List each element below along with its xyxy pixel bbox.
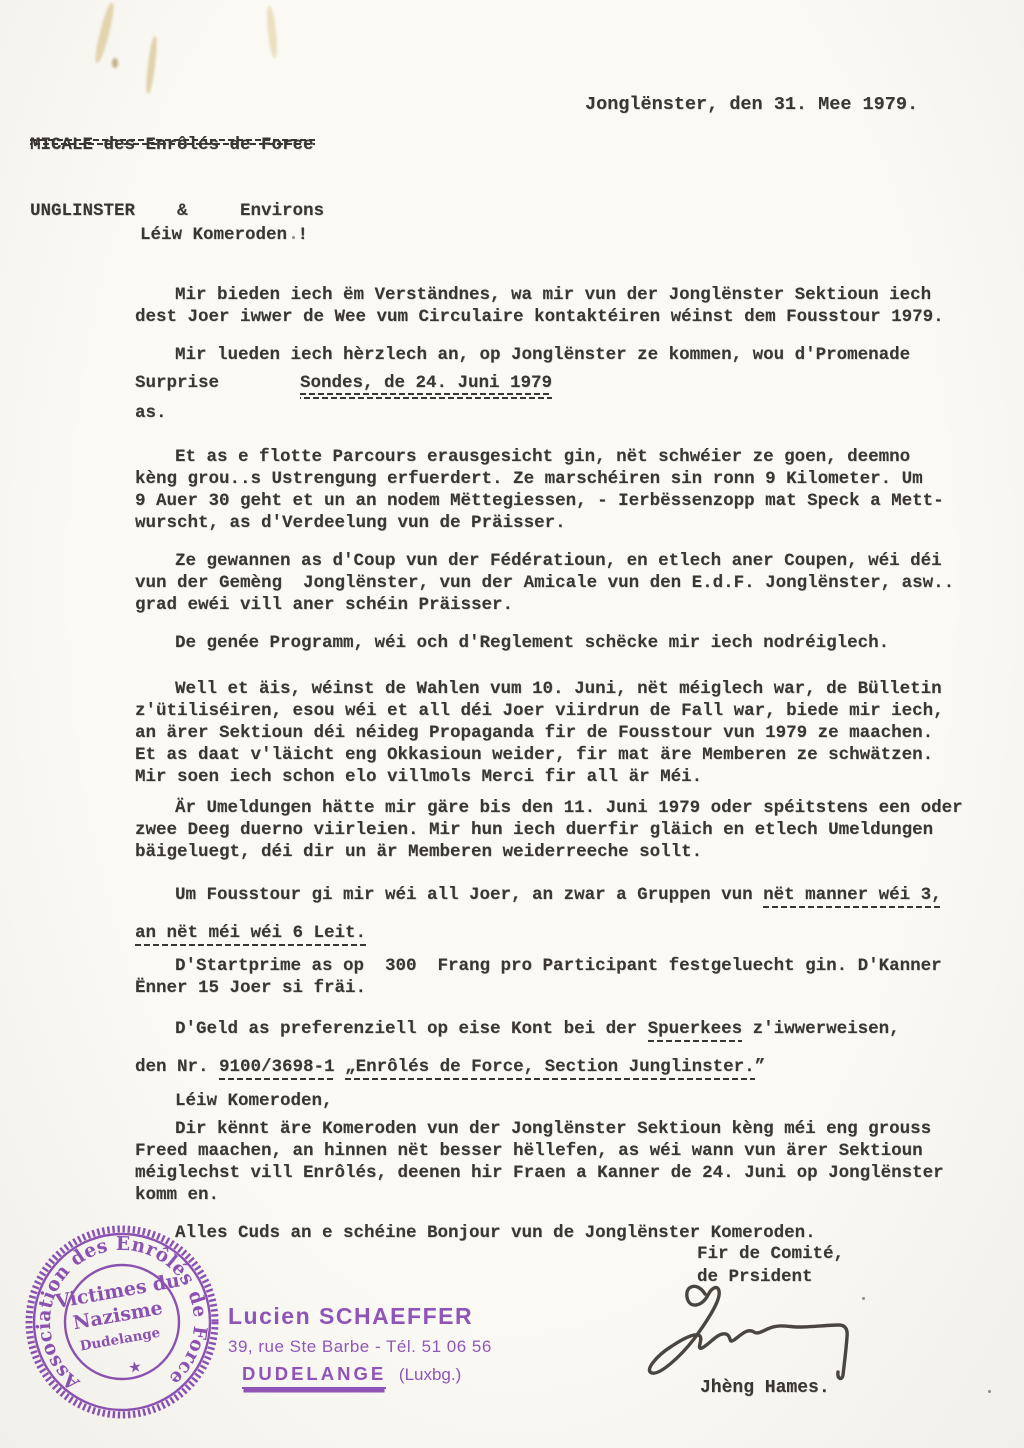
association-seal: Association des Enrôlés de Force Victime… <box>7 1207 237 1437</box>
letter-line: wurscht, as d'Verdeelung vun de Präisser… <box>135 512 995 534</box>
paragraph: Mir bieden iech ëm Verständnes, wa mir v… <box>135 284 995 328</box>
text-segment: Dir kënnt äre Komeroden vun der Jonglëns… <box>175 1119 931 1139</box>
letter-line: 9 Auer 30 geht et un an nodem Mëttegiess… <box>135 490 995 512</box>
paper-speck <box>988 1390 991 1393</box>
text-segment: D'Startprime as op 300 Frang pro Partici… <box>175 956 942 976</box>
text-segment: 9 Auer 30 geht et un an nodem Mëttegiess… <box>135 491 944 511</box>
text-segment: an nët méi wéi 6 Leit. <box>135 923 366 946</box>
letterhead-line2: UNGLINSTER & Environs <box>30 200 324 222</box>
letter-line: dest Joer iwwer de Wee vum Circulaire ko… <box>135 306 995 328</box>
paper-stain <box>265 6 278 59</box>
letter-line: D'Geld as preferenziell op eise Kont bei… <box>135 1018 995 1040</box>
text-segment: Alles Cuds an e schéine Bonjour vun de J… <box>175 1223 816 1243</box>
text-segment: Ënner 15 Joer si fräi. <box>135 978 366 998</box>
letter-line: Ënner 15 Joer si fräi. <box>135 977 995 999</box>
stamp-country: (Luxbg.) <box>399 1365 461 1384</box>
letter-line: De genée Programm, wéi och d'Reglement s… <box>135 632 995 654</box>
letter-line: Et as daat v'läicht eng Okkasioun weider… <box>135 744 995 766</box>
text-segment: „Enrôlés de Force, Section Junglinster. <box>345 1057 755 1080</box>
text-segment: Léiw Komeroden, <box>175 1091 333 1111</box>
text-segment: den Nr. <box>135 1057 219 1077</box>
text-segment: Et as e flotte Parcours erausgesicht gin… <box>175 447 910 467</box>
letter-line: Mir bieden iech ëm Verständnes, wa mir v… <box>135 284 995 306</box>
paper-stain <box>144 36 158 94</box>
paragraph: Well et äis, wéinst de Wahlen vum 10. Ju… <box>135 678 995 788</box>
text-segment: zwee Deeg duerno viirleien. Mir hun iech… <box>135 820 933 840</box>
text-segment: grad ewéi vill aner schéin Präisser. <box>135 595 513 615</box>
text-segment: dest Joer iwwer de Wee vum Circulaire ko… <box>135 307 944 327</box>
paragraph: Dir kënnt äre Komeroden vun der Jonglëns… <box>135 1118 995 1206</box>
letter-line: zwee Deeg duerno viirleien. Mir hun iech… <box>135 819 995 841</box>
letter-line: Mir soen iech schon elo villmols Merci f… <box>135 766 995 788</box>
letter-line: an nët méi wéi 6 Leit. <box>135 922 995 944</box>
text-segment: Spuerkees <box>648 1019 743 1042</box>
paragraph: D'Startprime as op 300 Frang pro Partici… <box>135 955 995 999</box>
letter-line: Alles Cuds an e schéine Bonjour vun de J… <box>135 1222 995 1244</box>
closing-line1: Fir de Comité, <box>697 1243 844 1266</box>
text-segment: ” <box>755 1057 766 1077</box>
paragraph: Alles Cuds an e schéine Bonjour vun de J… <box>135 1222 995 1244</box>
letter-line: vun der Gemèng Jonglënster, vun der Amic… <box>135 572 995 594</box>
paper-stain <box>112 58 118 68</box>
paragraph: Ze gewannen as d'Coup vun der Fédératiou… <box>135 550 995 616</box>
paragraphs-container: Mir bieden iech ëm Verständnes, wa mir v… <box>135 284 995 1244</box>
text-segment: z'ütiliséiren, esou wéi et all déi Joer … <box>135 701 944 721</box>
text-segment: as. <box>135 403 167 423</box>
letter-line: méiglechst vill Enrôlés, deenen hir Frae… <box>135 1162 995 1184</box>
paper-stain <box>93 2 117 64</box>
text-segment: Um Fousstour gi mir wéi all Joer, an zwa… <box>175 885 763 905</box>
text-segment: kèng grou..s Ustrengung erfuerdert. Ze m… <box>135 469 923 489</box>
text-segment: 9100/3698-1 <box>219 1057 335 1080</box>
address-stamp: Lucien SCHAEFFER 39, rue Ste Barbe - Tél… <box>228 1303 492 1389</box>
text-segment: wurscht, as d'Verdeelung vun de Präisser… <box>135 513 566 533</box>
text-segment: Well et äis, wéinst de Wahlen vum 10. Ju… <box>175 679 942 699</box>
stamp-city-row: DUDELANGE (Luxbg.) <box>242 1363 492 1389</box>
letter-line: z'ütiliséiren, esou wéi et all déi Joer … <box>135 700 995 722</box>
letter-line: Um Fousstour gi mir wéi all Joer, an zwa… <box>135 884 995 906</box>
text-segment: Surprise <box>135 373 219 393</box>
letter-line: an ärer Sektioun déi néideg Propaganda f… <box>135 722 995 744</box>
letter-line: Är Umeldungen hätte mir gäre bis den 11.… <box>135 797 995 819</box>
letter-body: Léiw Komeroden ! Mir bieden iech ëm Vers… <box>135 224 995 1244</box>
signature <box>630 1276 890 1391</box>
text-segment: Mir bieden iech ëm Verständnes, wa mir v… <box>175 285 931 305</box>
stamp-street-phone: 39, rue Ste Barbe - Tél. 51 06 56 <box>228 1337 492 1357</box>
seal-star-icon: ★ <box>128 1359 142 1376</box>
letter-line: kèng grou..s Ustrengung erfuerdert. Ze m… <box>135 468 995 490</box>
text-segment: vun der Gemèng Jonglënster, vun der Amic… <box>135 573 954 593</box>
paragraph: Mir lueden iech hèrzlech an, op Jonglëns… <box>135 344 995 424</box>
text-segment: Mir lueden iech hèrzlech an, op Jonglëns… <box>175 345 910 365</box>
stamp-name: Lucien SCHAEFFER <box>228 1303 492 1330</box>
text-segment: Mir soen iech schon elo villmols Merci f… <box>135 767 702 787</box>
text-segment: nët manner wéi 3, <box>763 885 942 908</box>
salutation: Léiw Komeroden ! <box>135 224 995 246</box>
text-segment: Sondes, de 24. Juni 1979 <box>300 373 552 398</box>
text-segment: Är Umeldungen hätte mir gäre bis den 11.… <box>175 798 963 818</box>
text-segment: méiglechst vill Enrôlés, deenen hir Frae… <box>135 1163 944 1183</box>
signer-name: Jhèng Hames. <box>700 1378 830 1398</box>
text-segment: z'iwwerweisen, <box>742 1019 900 1039</box>
paragraph: De genée Programm, wéi och d'Reglement s… <box>135 632 995 654</box>
text-segment: an ärer Sektioun déi néideg Propaganda f… <box>135 723 933 743</box>
letter-line: grad ewéi vill aner schéin Präisser. <box>135 594 995 616</box>
text-segment: Freed maachen, an hinnen nët besser hëll… <box>135 1141 923 1161</box>
letter-line: SurpriseSondes, de 24. Juni 1979 <box>135 372 995 394</box>
letter-line: Et as e flotte Parcours erausgesicht gin… <box>135 446 995 468</box>
paragraph: Et as e flotte Parcours erausgesicht gin… <box>135 446 995 534</box>
text-segment: De genée Programm, wéi och d'Reglement s… <box>175 633 889 653</box>
letter-line: Freed maachen, an hinnen nët besser hëll… <box>135 1140 995 1162</box>
text-segment <box>335 1057 346 1077</box>
letter-line: Ze gewannen as d'Coup vun der Fédératiou… <box>135 550 995 572</box>
letter-line: Dir kënnt äre Komeroden vun der Jonglëns… <box>135 1118 995 1140</box>
paragraph: Léiw Komeroden, <box>135 1090 995 1112</box>
letterhead-underline <box>30 139 315 146</box>
text-segment: komm en. <box>135 1185 219 1205</box>
stamp-city: DUDELANGE <box>242 1363 386 1389</box>
letter-line: den Nr. 9100/3698-1 „Enrôlés de Force, S… <box>135 1056 995 1078</box>
paragraph: Är Umeldungen hätte mir gäre bis den 11.… <box>135 797 995 863</box>
letter-line: Mir lueden iech hèrzlech an, op Jonglëns… <box>135 344 995 366</box>
letter-line: Léiw Komeroden, <box>135 1090 995 1112</box>
letter-line: as. <box>135 402 995 424</box>
text-segment: Ze gewannen as d'Coup vun der Fédératiou… <box>175 551 942 571</box>
text-segment: bäigeluegt, déi dir un är Memberen weide… <box>135 842 702 862</box>
letter-line: D'Startprime as op 300 Frang pro Partici… <box>135 955 995 977</box>
paragraph: D'Geld as preferenziell op eise Kont bei… <box>135 1018 995 1078</box>
letter-line: bäigeluegt, déi dir un är Memberen weide… <box>135 841 995 863</box>
letter-line: komm en. <box>135 1184 995 1206</box>
scanned-letter-page: MICALE des Enrôlés de Force UNGLINSTER &… <box>0 0 1024 1448</box>
date-line: Jonglënster, den 31. Mee 1979. <box>585 94 918 115</box>
paragraph: Um Fousstour gi mir wéi all Joer, an zwa… <box>135 884 995 944</box>
letter-line: Well et äis, wéinst de Wahlen vum 10. Ju… <box>135 678 995 700</box>
text-segment: Et as daat v'läicht eng Okkasioun weider… <box>135 745 933 765</box>
text-segment: D'Geld as preferenziell op eise Kont bei… <box>175 1019 648 1039</box>
